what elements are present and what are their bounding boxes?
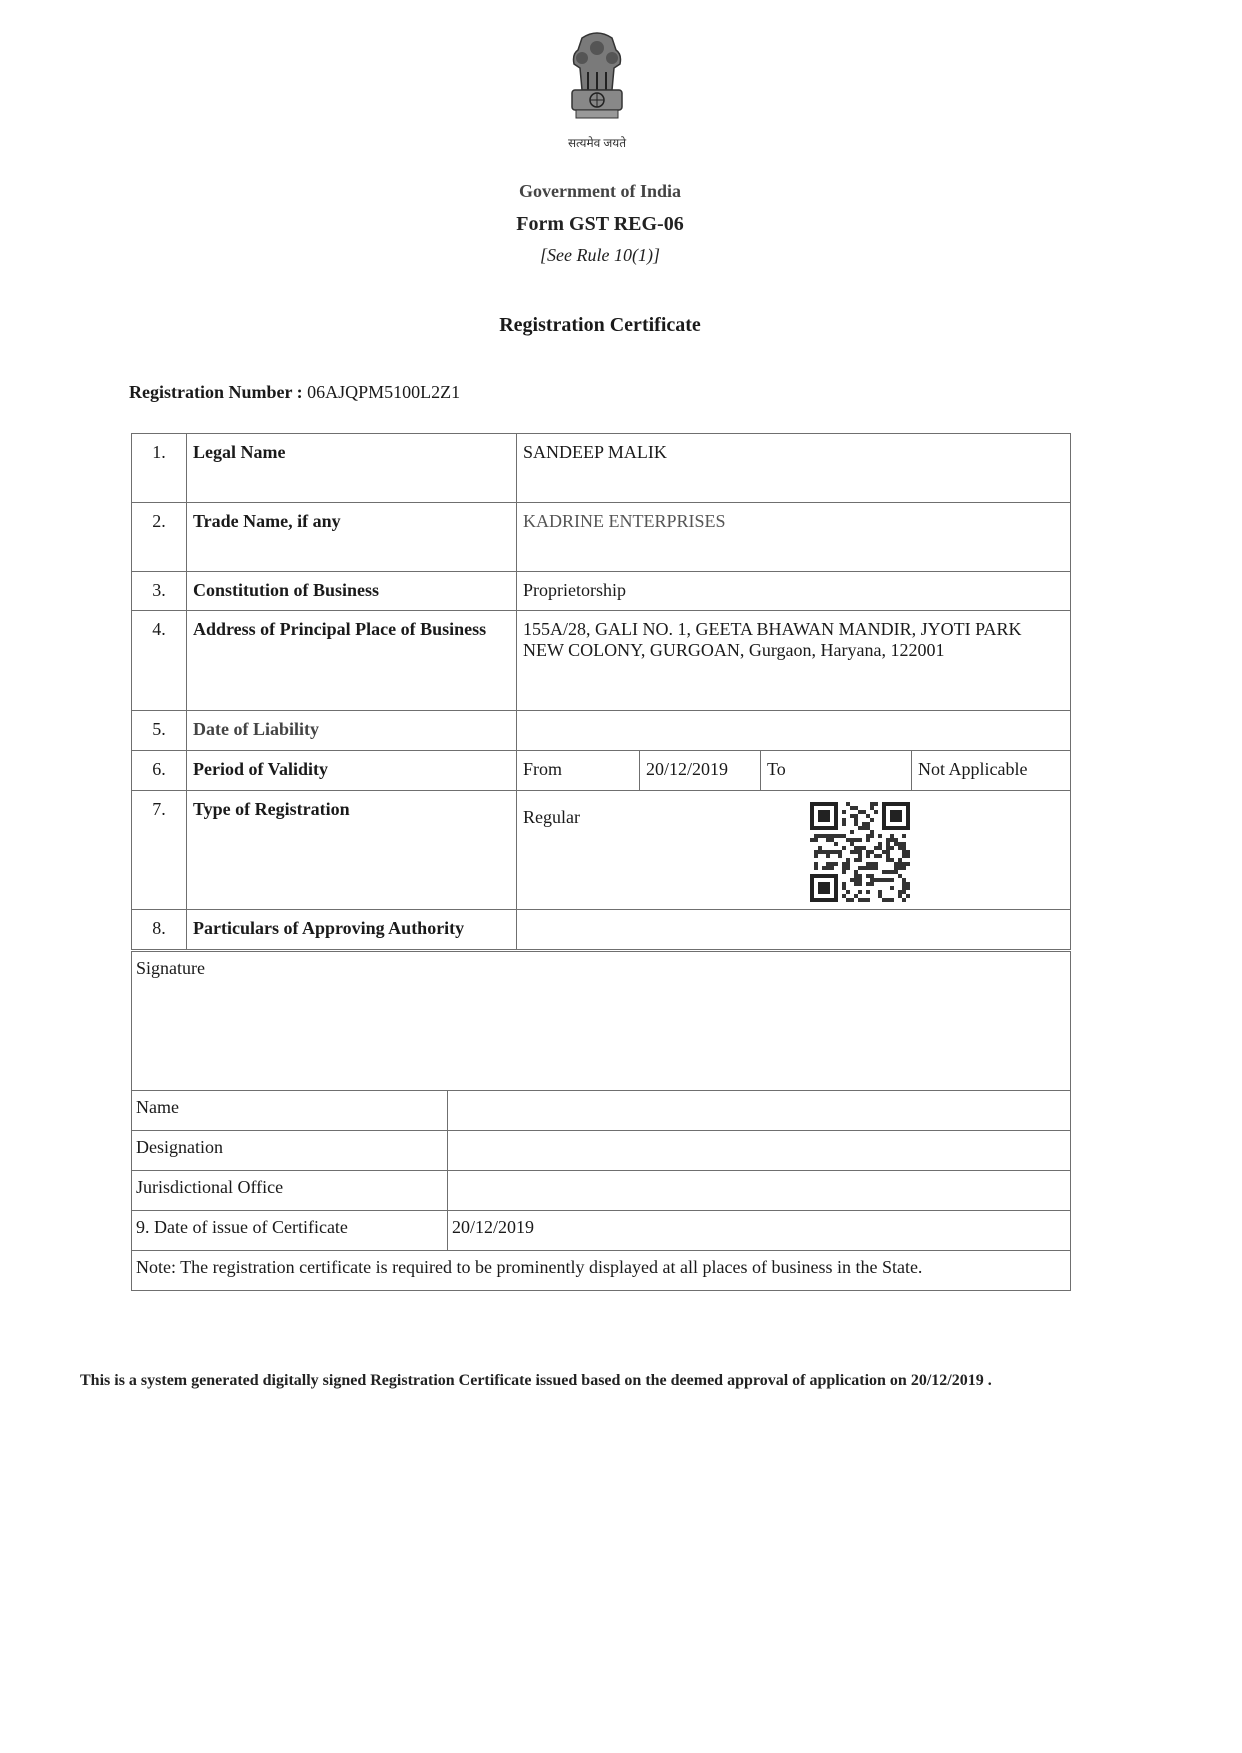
issue-date-label: 9. Date of issue of Certificate [132,1211,448,1251]
state-emblem-icon [560,28,634,134]
government-heading: Government of India [0,181,1200,202]
lion-capital-icon [560,28,634,124]
row-number: 8. [132,910,187,950]
row-number: 4. [132,611,187,711]
rule-reference: [See Rule 10(1)] [0,245,1200,266]
qr-code-icon [810,802,910,902]
row-number: 3. [132,572,187,611]
row-label: Trade Name, if any [187,503,517,572]
address-value: 155A/28, GALI NO. 1, GEETA BHAWAN MANDIR… [517,611,1071,711]
table-row: 8. Particulars of Approving Authority [132,910,1071,950]
row-label: Constitution of Business [187,572,517,611]
registration-number: Registration Number : 06AJQPM5100L2Z1 [129,382,460,403]
table-row: 5. Date of Liability [132,711,1071,751]
registration-number-value: 06AJQPM5100L2Z1 [307,382,460,402]
table-row: Jurisdictional Office [132,1171,1071,1211]
row-label: Period of Validity [187,751,517,791]
row-label: Type of Registration [187,791,517,910]
approving-authority-value [517,910,1071,950]
table-row: Note: The registration certificate is re… [132,1251,1071,1291]
table-row: 4. Address of Principal Place of Busines… [132,611,1071,711]
motto: सत्यमेव जयते [560,134,634,151]
table-row: 6. Period of Validity From 20/12/2019 To… [132,751,1071,791]
jurisdictional-office-value [448,1171,1071,1211]
table-row: Name [132,1091,1071,1131]
name-value [448,1091,1071,1131]
row-number: 6. [132,751,187,791]
approving-authority-table: Signature Name Designation Jurisdictiona… [131,951,1071,1291]
table-row: 3. Constitution of Business Proprietorsh… [132,572,1071,611]
name-label: Name [132,1091,448,1131]
table-row: 9. Date of issue of Certificate 20/12/20… [132,1211,1071,1251]
row-label: Address of Principal Place of Business [187,611,517,711]
registration-type-value: Regular [517,791,1071,910]
row-label: Particulars of Approving Authority [187,910,517,950]
form-heading: Form GST REG-06 [0,213,1200,236]
table-row: 7. Type of Registration Regular [132,791,1071,910]
table-row: Designation [132,1131,1071,1171]
issue-date-value: 20/12/2019 [448,1211,1071,1251]
validity-to-label: To [761,751,912,791]
validity-from-label: From [517,751,640,791]
table-row: Signature [132,952,1071,1091]
row-label: Date of Liability [187,711,517,751]
certificate-details-table: 1. Legal Name SANDEEP MALIK 2. Trade Nam… [131,433,1071,950]
system-generated-note: This is a system generated digitally sig… [80,1372,1180,1390]
constitution-value: Proprietorship [517,572,1071,611]
date-of-liability-value [517,711,1071,751]
page-title: Registration Certificate [0,314,1200,337]
trade-name-value: KADRINE ENTERPRISES [517,503,1071,572]
row-label: Legal Name [187,434,517,503]
validity-to-value: Not Applicable [912,751,1071,791]
row-number: 2. [132,503,187,572]
table-row: 1. Legal Name SANDEEP MALIK [132,434,1071,503]
display-note: Note: The registration certificate is re… [132,1251,1071,1291]
validity-from-value: 20/12/2019 [640,751,761,791]
row-number: 7. [132,791,187,910]
jurisdictional-office-label: Jurisdictional Office [132,1171,448,1211]
signature-label: Signature [136,958,205,978]
row-number: 1. [132,434,187,503]
signature-field: Signature [132,952,1071,1091]
table-row: 2. Trade Name, if any KADRINE ENTERPRISE… [132,503,1071,572]
legal-name-value: SANDEEP MALIK [517,434,1071,503]
row-number: 5. [132,711,187,751]
designation-label: Designation [132,1131,448,1171]
registration-number-label: Registration Number : [129,382,303,402]
designation-value [448,1131,1071,1171]
